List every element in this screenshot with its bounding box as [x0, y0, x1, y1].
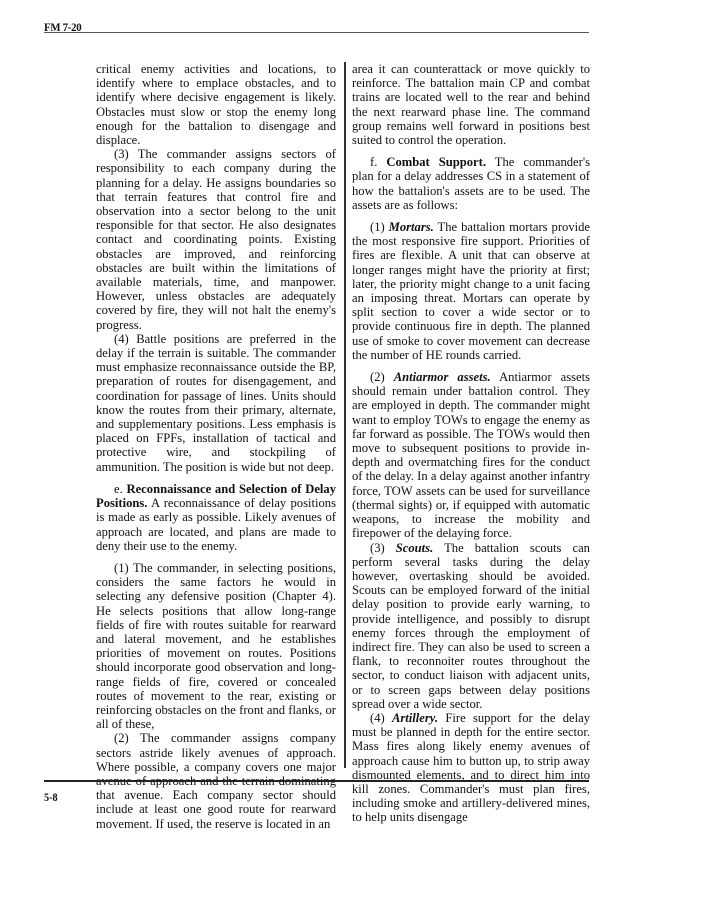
right-column: area it can counterattack or move quickl…: [352, 62, 590, 825]
header-rule: [44, 32, 589, 33]
paragraph-battle-positions: (4) Battle positions are preferred in th…: [96, 332, 336, 474]
section-f-prefix: f.: [370, 155, 386, 169]
scouts-heading: Scouts.: [396, 541, 433, 555]
paragraph-obstacles-continued: critical enemy activities and locations,…: [96, 62, 336, 147]
artillery-body: Fire support for the delay must be plann…: [352, 711, 590, 824]
paragraph-selecting-positions: (1) The commander, in selecting position…: [96, 561, 336, 731]
artillery-heading: Artillery.: [392, 711, 438, 725]
column-divider: [344, 62, 346, 768]
antiarmor-heading: Antiarmor assets.: [394, 370, 491, 384]
page-number: 5-8: [44, 790, 58, 805]
footer-rule: [44, 780, 589, 782]
paragraph-artillery: (4) Artillery. Fire support for the dela…: [352, 711, 590, 825]
mortars-body: The battalion mortars provide the most r…: [352, 220, 590, 362]
paragraph-sectors-of-responsibility: (3) The commander assigns sectors of res…: [96, 147, 336, 332]
paragraph-reserve-location: area it can counterattack or move quickl…: [352, 62, 590, 147]
paragraph-antiarmor: (2) Antiarmor assets. Antiarmor assets s…: [352, 370, 590, 540]
paragraph-mortars: (1) Mortars. The battalion mortars provi…: [352, 220, 590, 362]
antiarmor-number: (2): [370, 370, 394, 384]
artillery-number: (4): [370, 711, 392, 725]
left-column: critical enemy activities and locations,…: [96, 62, 336, 831]
mortars-heading: Mortars.: [389, 220, 434, 234]
section-f-heading: Combat Support.: [386, 155, 486, 169]
antiarmor-body: Antiarmor assets should remain under bat…: [352, 370, 590, 540]
scouts-number: (3): [370, 541, 396, 555]
section-e-recon-selection: e. Reconnaissance and Selection of Delay…: [96, 482, 336, 553]
mortars-number: (1): [370, 220, 389, 234]
paragraph-scouts: (3) Scouts. The battalion scouts can per…: [352, 541, 590, 711]
section-f-combat-support: f. Combat Support. The commander's plan …: [352, 155, 590, 212]
scouts-body: The battalion scouts can perform several…: [352, 541, 590, 711]
section-e-prefix: e.: [114, 482, 127, 496]
